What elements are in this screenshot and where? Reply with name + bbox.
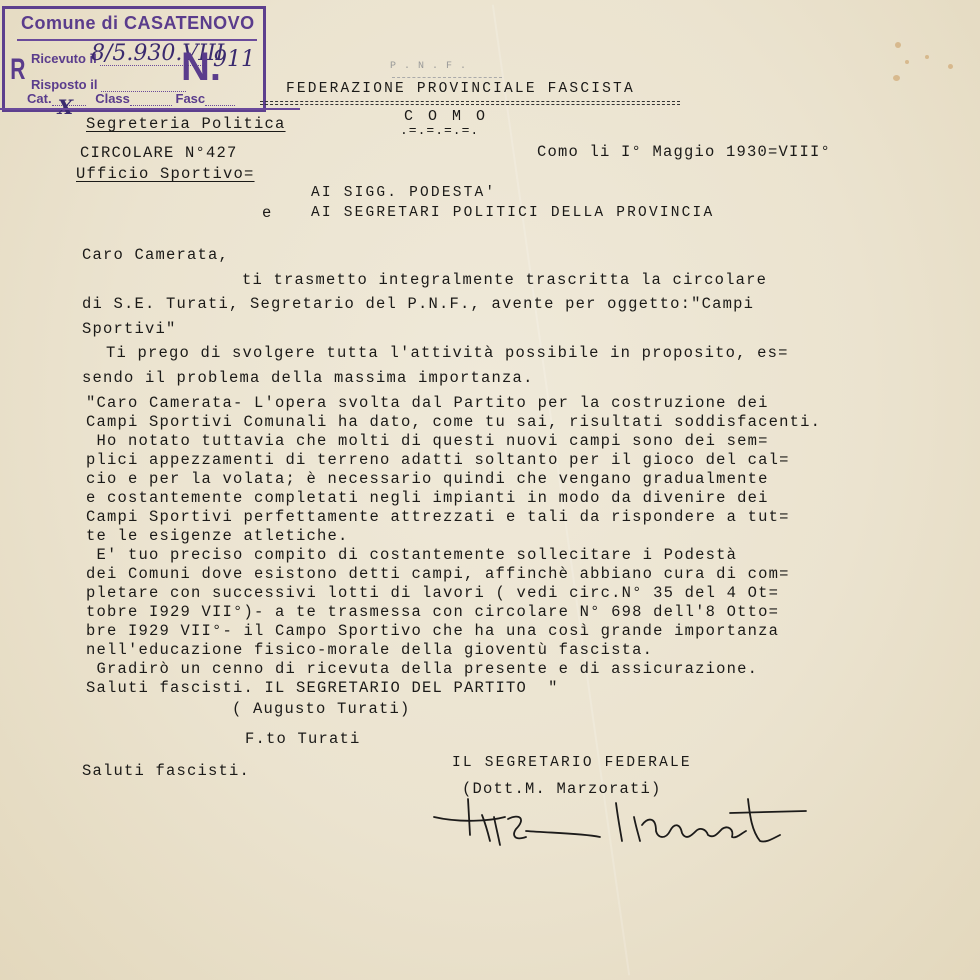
stamp-fasc-label: Fasc (176, 91, 206, 106)
foxing-stain (893, 75, 900, 81)
circular-number: CIRCOLARE N°427 (80, 146, 238, 162)
quoted-line: plici appezzamenti di terreno adatti sol… (86, 453, 790, 469)
quoted-line: Campi Sportivi perfettamente attrezzati … (86, 510, 790, 526)
quoted-line: dei Comuni dove esistono detti campi, af… (86, 567, 790, 583)
intro-line-1: ti trasmetto integralmente trascritta la… (242, 273, 767, 289)
quoted-line: Campi Sportivi Comunali ha dato, come tu… (86, 415, 821, 431)
letter-page: Comune di CASATENOVO R Ricevuto il 8/5.9… (0, 0, 980, 980)
handwritten-signature (430, 795, 910, 865)
department-label: Segreteria Politica (86, 117, 286, 133)
quoted-line: te le esigenze atletiche. (86, 529, 349, 545)
stamp-number-value: 911 (213, 47, 255, 72)
salutation: Caro Camerata, (82, 248, 229, 264)
stamp-classification-row: Cat.X Class Fasc (27, 91, 235, 106)
stamp-class-field (130, 105, 172, 106)
letterhead-top: P.N.F. (390, 62, 474, 72)
intro-line-2: di S.E. Turati, Segretario del P.N.F., a… (82, 297, 754, 313)
stamp-r-letter: R (10, 53, 25, 87)
foxing-stain (905, 60, 909, 64)
recipients-line2: AI SEGRETARI POLITICI DELLA PROVINCIA (311, 206, 714, 221)
letterhead-city: C O M O (404, 109, 488, 124)
recipients-line1: AI SIGG. PODESTA' (311, 186, 496, 201)
office-label: Ufficio Sportivo= (76, 167, 255, 183)
intro-line-3: Sportivi" (82, 322, 177, 338)
stamp-underline (0, 108, 300, 110)
closing: Saluti fascisti. (82, 764, 250, 780)
stamp-cat-label: Cat. (27, 91, 52, 106)
quoted-line: tobre I929 VII°)- a te trasmessa con cir… (86, 605, 779, 621)
quoted-line: E' tuo preciso compito di costantemente … (86, 548, 737, 564)
quoted-line: e costantemente completati negli impiant… (86, 491, 769, 507)
foxing-stain (895, 42, 901, 48)
stamp-received-label: Ricevuto il (31, 51, 97, 66)
date-line: Como li I° Maggio 1930=VIII° (537, 145, 831, 161)
quoted-line: Ho notato tuttavia che molti di questi n… (86, 434, 769, 450)
recipients-conj: e (262, 206, 273, 222)
stamp-municipality: Comune di CASATENOVO (21, 13, 255, 34)
quoted-line: cio e per la volata; è necessario quindi… (86, 472, 769, 488)
request-line-1: Ti prego di svolgere tutta l'attività po… (106, 346, 789, 362)
registry-stamp: Comune di CASATENOVO R Ricevuto il 8/5.9… (2, 6, 266, 112)
stamp-cat-field: X (52, 105, 86, 106)
request-line-2: sendo il problema della massima importan… (82, 371, 534, 387)
quoted-signature: ( Augusto Turati) (232, 702, 411, 718)
stamp-replied-label: Risposto il (31, 77, 97, 92)
letterhead-organization: FEDERAZIONE PROVINCIALE FASCISTA (286, 82, 635, 97)
letterhead-top-rule (392, 77, 502, 78)
quoted-line: Gradirò un cenno di ricevuta della prese… (86, 662, 758, 678)
foxing-stain (948, 64, 953, 69)
quoted-line: bre I929 VII°- il Campo Sportivo che ha … (86, 624, 779, 640)
letterhead-double-rule (260, 101, 680, 102)
signatory-title: IL SEGRETARIO FEDERALE (452, 756, 692, 771)
quoted-line: nell'educazione fisico-morale della giov… (86, 643, 653, 659)
signed-turati: F.to Turati (245, 732, 361, 748)
letterhead-double-rule (260, 104, 680, 105)
quoted-line: pletare con successivi lotti di lavori (… (86, 586, 779, 602)
letterhead-city-rule: .=.=.=.=. (400, 124, 479, 137)
quoted-line: Saluti fascisti. IL SEGRETARIO DEL PARTI… (86, 681, 559, 697)
stamp-fasc-field (205, 105, 235, 106)
stamp-replied-row: Risposto il (31, 77, 186, 92)
foxing-stain (925, 55, 929, 59)
stamp-class-label: Class (95, 91, 130, 106)
stamp-cat-value: X (58, 95, 74, 119)
quoted-line: "Caro Camerata- L'opera svolta dal Parti… (86, 396, 769, 412)
